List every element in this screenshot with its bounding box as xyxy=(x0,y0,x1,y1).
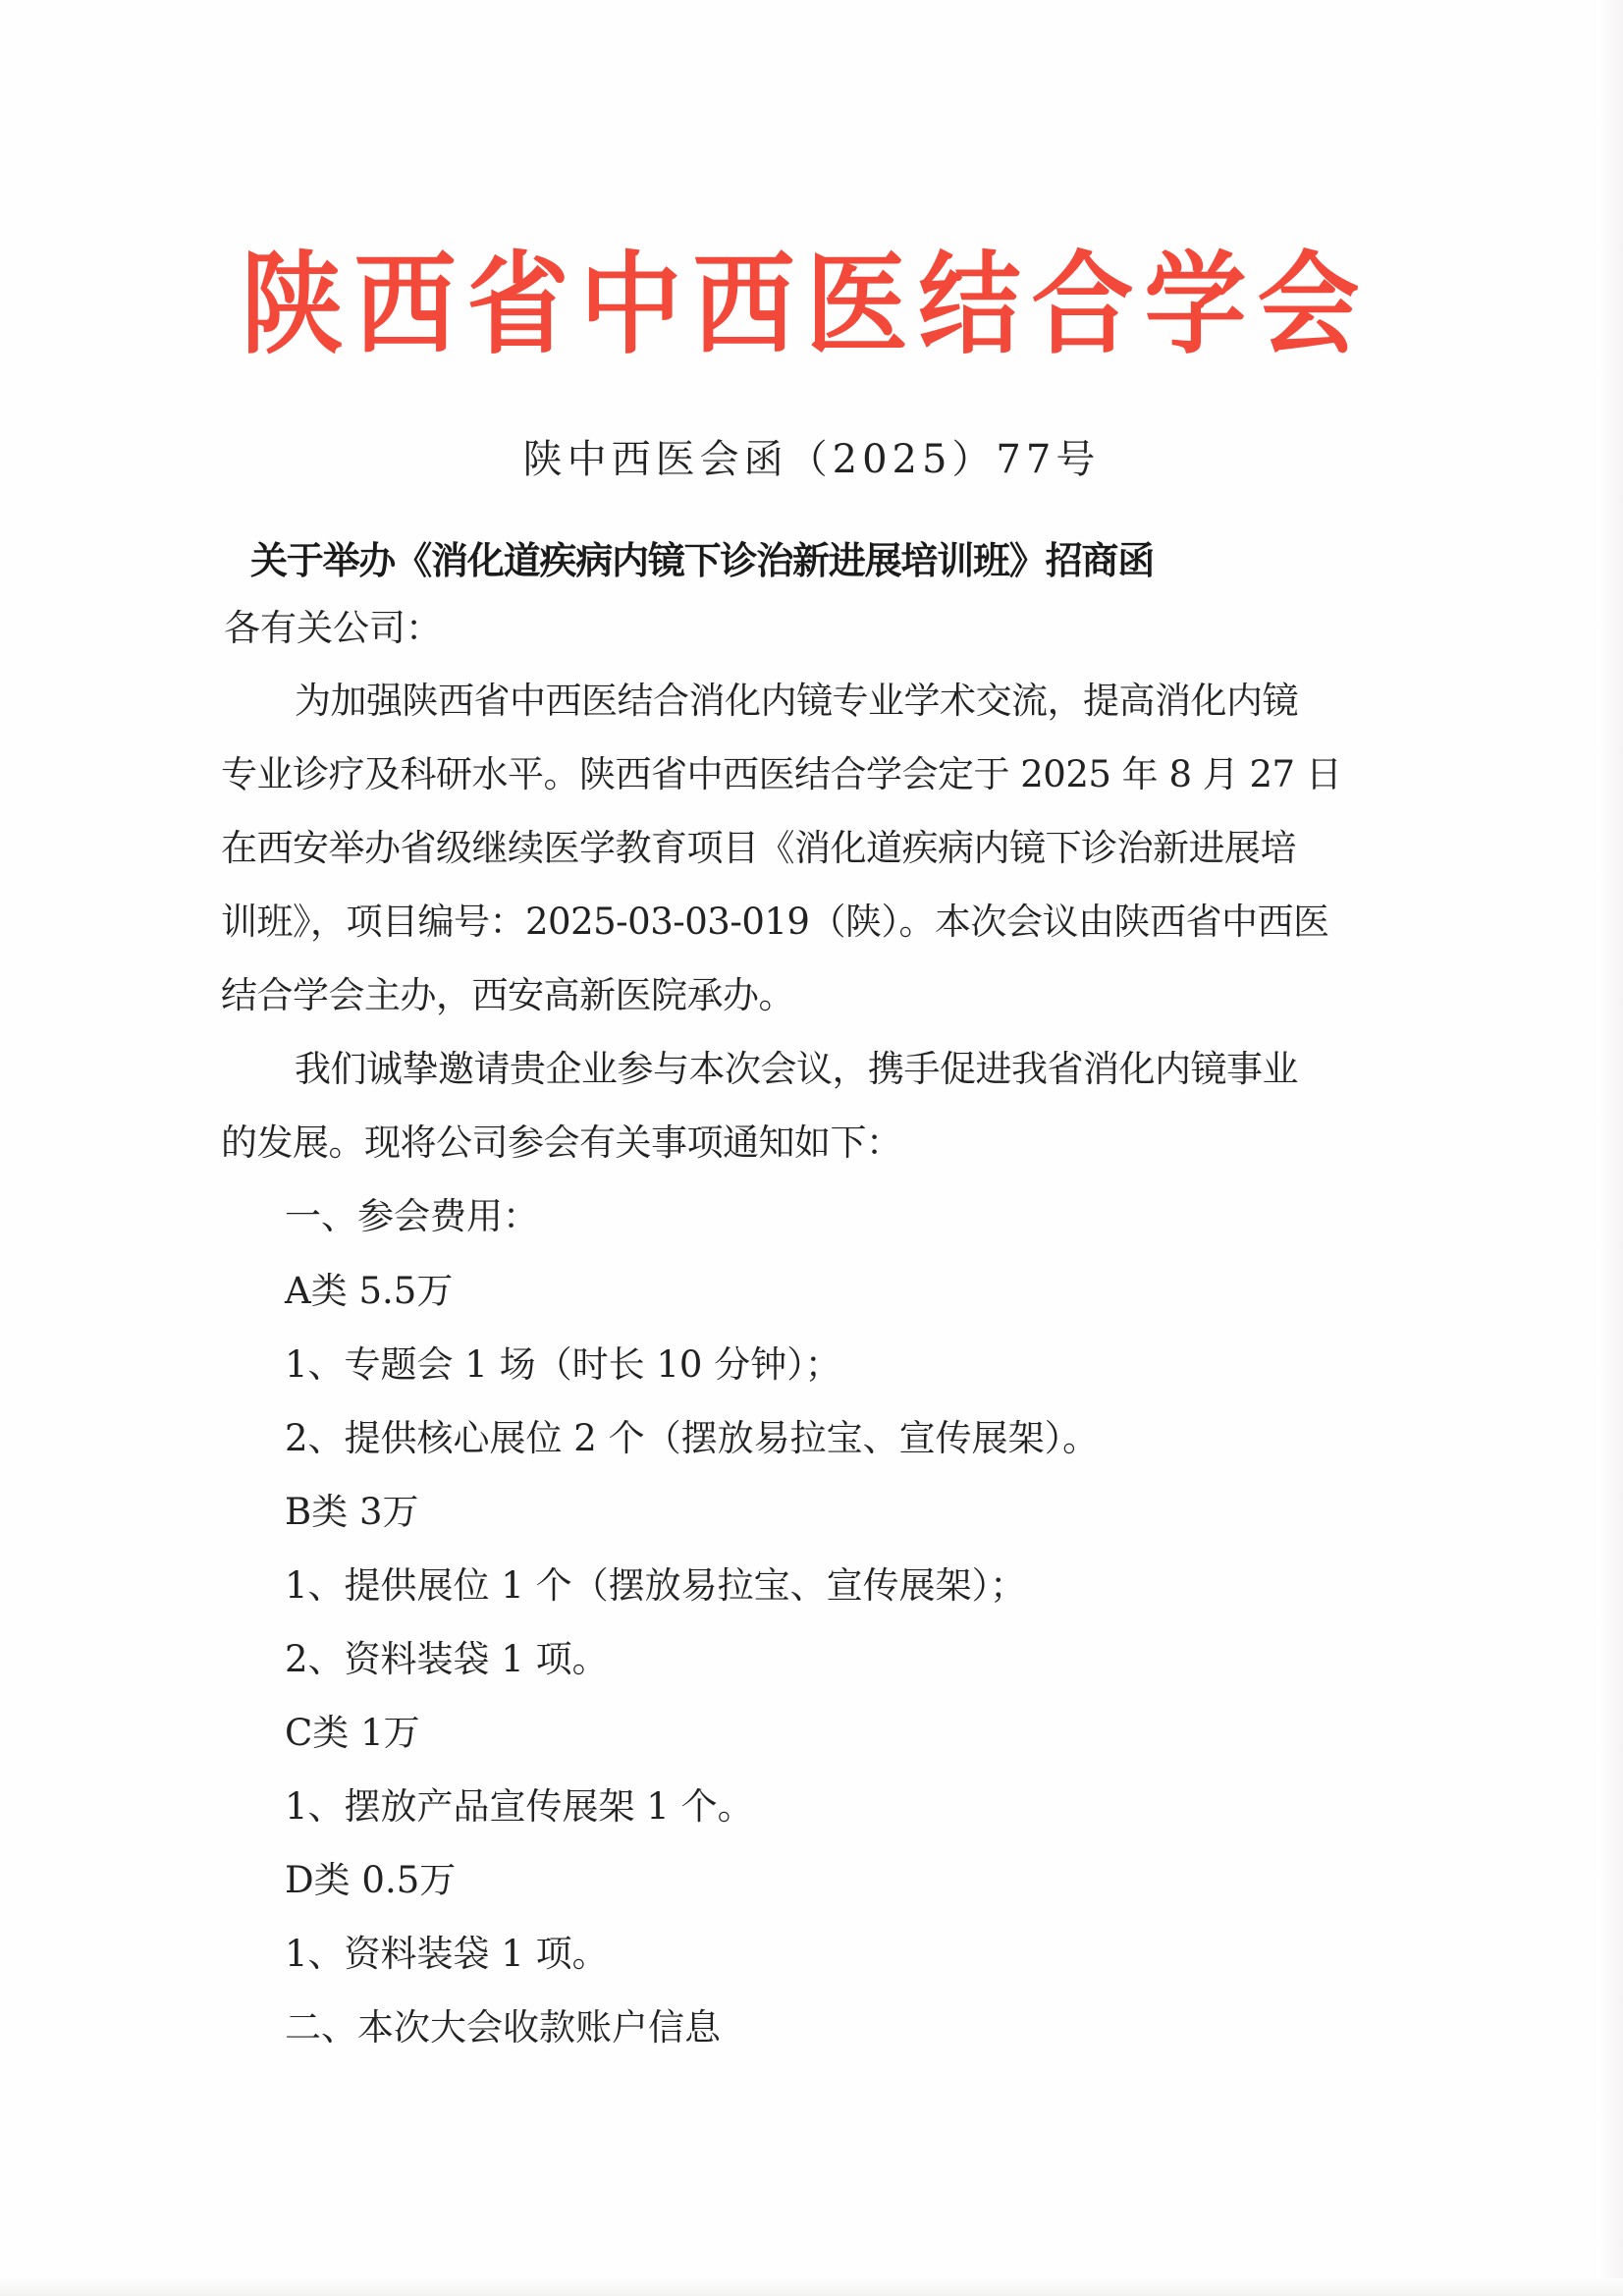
paragraph2-line: 我们诚挚邀请贵企业参与本次会议，携手促进我省消化内镜事业 xyxy=(295,1042,1298,1097)
document-number: 陕中西医会函（2025）77号 xyxy=(0,432,1623,487)
tier-b-item: 2、资料装袋 1 项。 xyxy=(285,1632,609,1687)
scan-edge-bottom xyxy=(0,2278,1623,2296)
paragraph1-line: 为加强陕西省中西医结合消化内镜专业学术交流，提高消化内镜 xyxy=(295,674,1298,729)
masthead-char: 合 xyxy=(1026,241,1139,368)
masthead-char: 西 xyxy=(687,241,800,368)
tier-b-label: B类 3万 xyxy=(285,1485,419,1540)
document-title: 关于举办《消化道疾病内镜下诊治新进展培训班》招商函 xyxy=(250,533,1360,588)
section-heading-account: 二、本次大会收款账户信息 xyxy=(285,2000,721,2055)
section-heading-fees: 一、参会费用： xyxy=(285,1189,539,1244)
paragraph1-line: 专业诊疗及科研水平。陕西省中西医结合学会定于 2025 年 8 月 27 日 xyxy=(221,747,1341,802)
letterhead-masthead: 陕 西 省 中 西 医 结 合 学 会 xyxy=(236,246,1365,363)
masthead-char: 西 xyxy=(349,241,461,368)
masthead-char: 省 xyxy=(461,241,574,368)
tier-a-item: 2、提供核心展位 2 个（摆放易拉宝、宣传展架）。 xyxy=(285,1411,1099,1466)
tier-c-item: 1、摆放产品宣传展架 1 个。 xyxy=(285,1779,754,1834)
tier-d-label: D类 0.5万 xyxy=(285,1853,456,1908)
paragraph1-line: 训班》，项目编号：2025-03-03-019（陕）。本次会议由陕西省中西医 xyxy=(221,895,1328,950)
tier-a-item: 1、专题会 1 场（时长 10 分钟）； xyxy=(285,1338,841,1393)
masthead-char: 结 xyxy=(913,241,1026,368)
masthead-char: 陕 xyxy=(236,241,349,368)
scan-edge-right xyxy=(1601,0,1623,2296)
tier-a-label: A类 5.5万 xyxy=(285,1264,453,1319)
paragraph2-line: 的发展。现将公司参会有关事项通知如下： xyxy=(221,1116,902,1171)
document-page: 陕 西 省 中 西 医 结 合 学 会 陕中西医会函（2025）77号 关于举办… xyxy=(0,0,1623,2296)
tier-c-label: C类 1万 xyxy=(285,1706,420,1761)
masthead-char: 医 xyxy=(800,241,913,368)
paragraph1-line: 结合学会主办，西安高新医院承办。 xyxy=(221,968,794,1023)
tier-b-item: 1、提供展位 1 个（摆放易拉宝、宣传展架）； xyxy=(285,1558,1026,1613)
tier-d-item: 1、资料装袋 1 项。 xyxy=(285,1927,609,1982)
masthead-char: 会 xyxy=(1252,241,1365,368)
masthead-char: 中 xyxy=(574,241,687,368)
paragraph1-line: 在西安举办省级继续医学教育项目《消化道疾病内镜下诊治新进展培 xyxy=(221,821,1296,876)
salutation: 各有关公司： xyxy=(224,601,442,656)
masthead-char: 学 xyxy=(1139,241,1252,368)
